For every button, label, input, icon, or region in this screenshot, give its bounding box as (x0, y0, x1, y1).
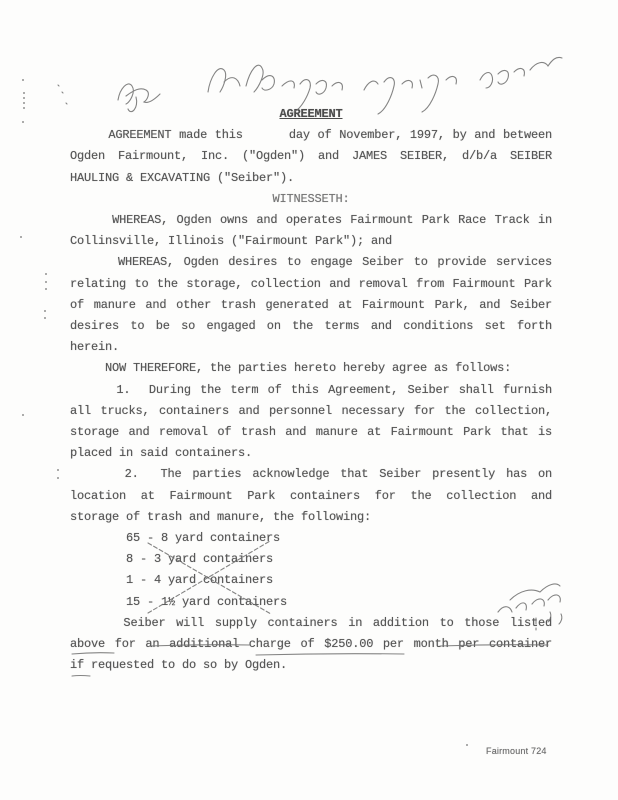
document-line: 65 - 8 yard containers (70, 528, 552, 549)
document-line: location at Fairmount Park containers fo… (70, 486, 552, 507)
document-line: 8 - 3 yard containers (70, 549, 552, 570)
document-line: WITNESSETH: (70, 189, 552, 210)
document-line: 1 - 4 yard containers (70, 570, 552, 591)
document-line: placed in said containers. (70, 443, 552, 464)
document-line: AGREEMENT made this day of November, 199… (70, 125, 552, 146)
document-line: relating to the storage, collection and … (70, 274, 552, 295)
document-line: all trucks, containers and personnel nec… (70, 401, 552, 422)
document-line: storage of trash and manure, the followi… (70, 507, 552, 528)
document-line: NOW THEREFORE, the parties hereto hereby… (70, 358, 552, 379)
document-line: storage and removal of trash and manure … (70, 422, 552, 443)
document-line: of manure and other trash generated at F… (70, 295, 552, 316)
document-body: AGREEMENT AGREEMENT made this day of Nov… (70, 104, 552, 676)
scanned-agreement-page: AGREEMENT AGREEMENT made this day of Nov… (0, 0, 618, 800)
document-line: 1. During the term of this Agreement, Se… (70, 380, 552, 401)
document-line: Collinsville, Illinois ("Fairmount Park"… (70, 231, 552, 252)
document-line: HAULING & EXCAVATING ("Seiber"). (70, 168, 552, 189)
document-title: AGREEMENT (70, 104, 552, 125)
document-line: WHEREAS, Ogden owns and operates Fairmou… (70, 210, 552, 231)
document-line: Ogden Fairmount, Inc. ("Ogden") and JAME… (70, 146, 552, 167)
bates-number: Fairmount 724 (486, 746, 547, 756)
document-line: 2. The parties acknowledge that Seiber p… (70, 464, 552, 485)
document-line: Seiber will supply containers in additio… (70, 613, 552, 634)
document-line: above for an additional charge of $250.0… (70, 634, 552, 655)
document-line: desires to be so engaged on the terms an… (70, 316, 552, 337)
document-line: herein. (70, 337, 552, 358)
document-line: 15 - 1½ yard containers (70, 592, 552, 613)
document-line: if requested to do so by Ogden. (70, 655, 552, 676)
document-line: WHEREAS, Ogden desires to engage Seiber … (70, 252, 552, 273)
